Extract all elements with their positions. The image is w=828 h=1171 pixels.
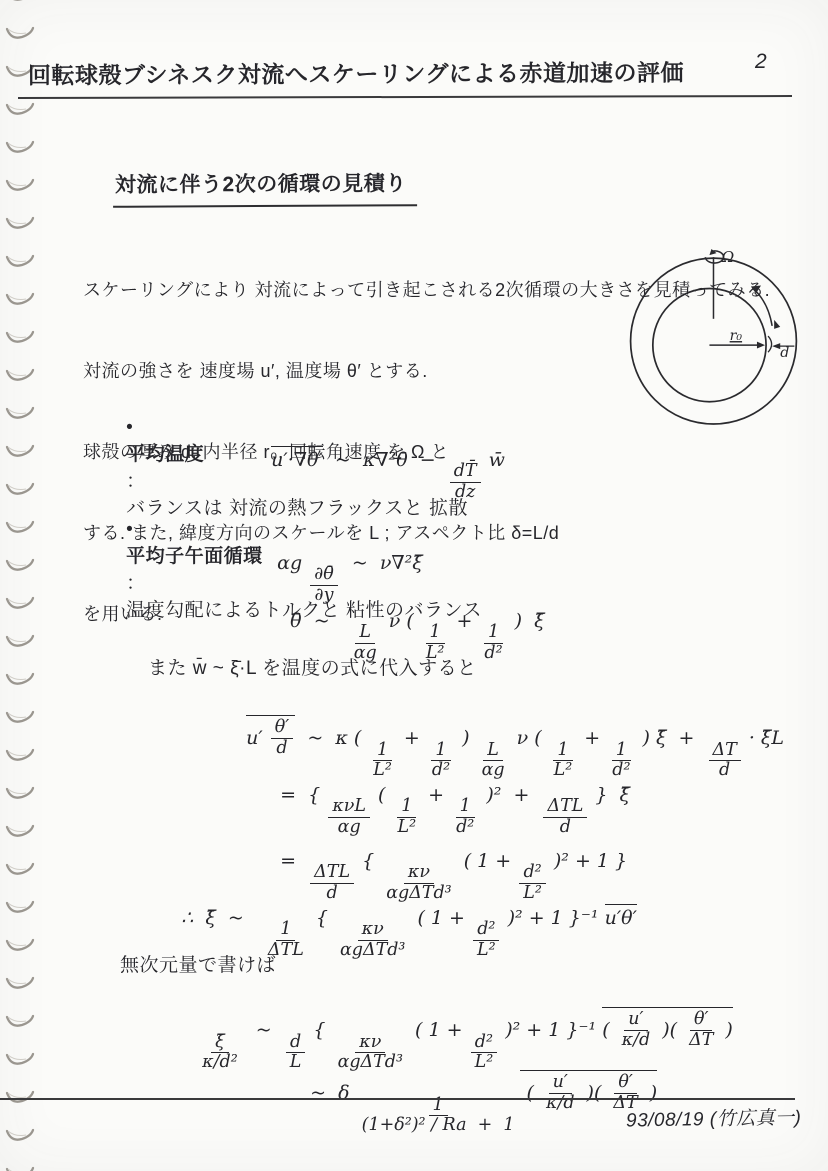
bullet-label: 平均子午面循環 bbox=[126, 546, 263, 567]
omega-label: Ω bbox=[721, 248, 735, 266]
bullet-marker: • bbox=[126, 519, 133, 540]
page-title: 回転球殻ブシネスク対流へスケーリングによる赤道加速の評価 bbox=[28, 55, 684, 99]
scanned-notebook-page: 回転球殻ブシネスク対流へスケーリングによる赤道加速の評価 2 対流に伴う2次の循… bbox=[0, 0, 828, 1171]
fraction: θ′ΔT bbox=[685, 1010, 717, 1050]
page-number: 2 bbox=[755, 50, 767, 74]
bullet-separator: ： bbox=[126, 471, 146, 492]
overline-term: u′θ′ bbox=[605, 904, 637, 929]
overline-term: ( u′κ/d )( θ′ΔT ) bbox=[602, 1007, 733, 1050]
rotation-arrowhead bbox=[709, 249, 716, 255]
fraction: κναgΔTd³ bbox=[336, 920, 409, 960]
latitude-arrowhead-bottom bbox=[774, 320, 780, 329]
bullet-label: 平均温度 bbox=[126, 444, 204, 465]
connector-nondimensional: 無次元量で書けば bbox=[120, 950, 276, 977]
fraction: 1(1+δ²)² ∕ Ra + 1 bbox=[358, 1096, 519, 1136]
fraction: θ′d bbox=[271, 718, 293, 758]
connector-substitution: また w̄ ~ ξ̄·L を温度の式に代入すると bbox=[148, 653, 477, 680]
thickness-brace bbox=[768, 336, 772, 352]
overline-term: u′·∇θ′ bbox=[271, 446, 323, 471]
latitude-arrowhead-top bbox=[751, 285, 761, 293]
fraction: 1d² bbox=[480, 623, 506, 663]
inner-radius-arrowhead bbox=[757, 342, 765, 349]
bullet-marker: • bbox=[126, 417, 133, 438]
bottom-rule bbox=[0, 1098, 795, 1100]
equation-nondimensional-line2: ~ δ 1(1+δ²)² ∕ Ra + 1 ( u′κ/d )( θ′ΔT ) bbox=[286, 1048, 657, 1158]
inner-radius-label: r₀ bbox=[730, 328, 743, 344]
fraction: u′κ/d bbox=[542, 1073, 579, 1113]
overline-term: u′ θ′d bbox=[246, 715, 295, 758]
fraction: ξ̄κ/d² bbox=[198, 1033, 242, 1073]
fraction: d²L² bbox=[473, 920, 500, 960]
date-signature: 93/08/19 (竹広真一) bbox=[626, 1102, 802, 1132]
latitude-scale-arrow bbox=[753, 288, 772, 325]
fraction: u′κ/d bbox=[618, 1010, 655, 1050]
spherical-shell-diagram: Ω r₀ d bbox=[606, 244, 824, 426]
bullet-separator: ： bbox=[126, 573, 146, 594]
section-heading: 対流に伴う2次の循環の見積り bbox=[113, 167, 417, 208]
binding-holes-strip bbox=[0, 0, 55, 1171]
thickness-arrowhead bbox=[772, 343, 780, 349]
fraction: ΔTd bbox=[709, 741, 741, 781]
thickness-label: d bbox=[780, 345, 789, 361]
